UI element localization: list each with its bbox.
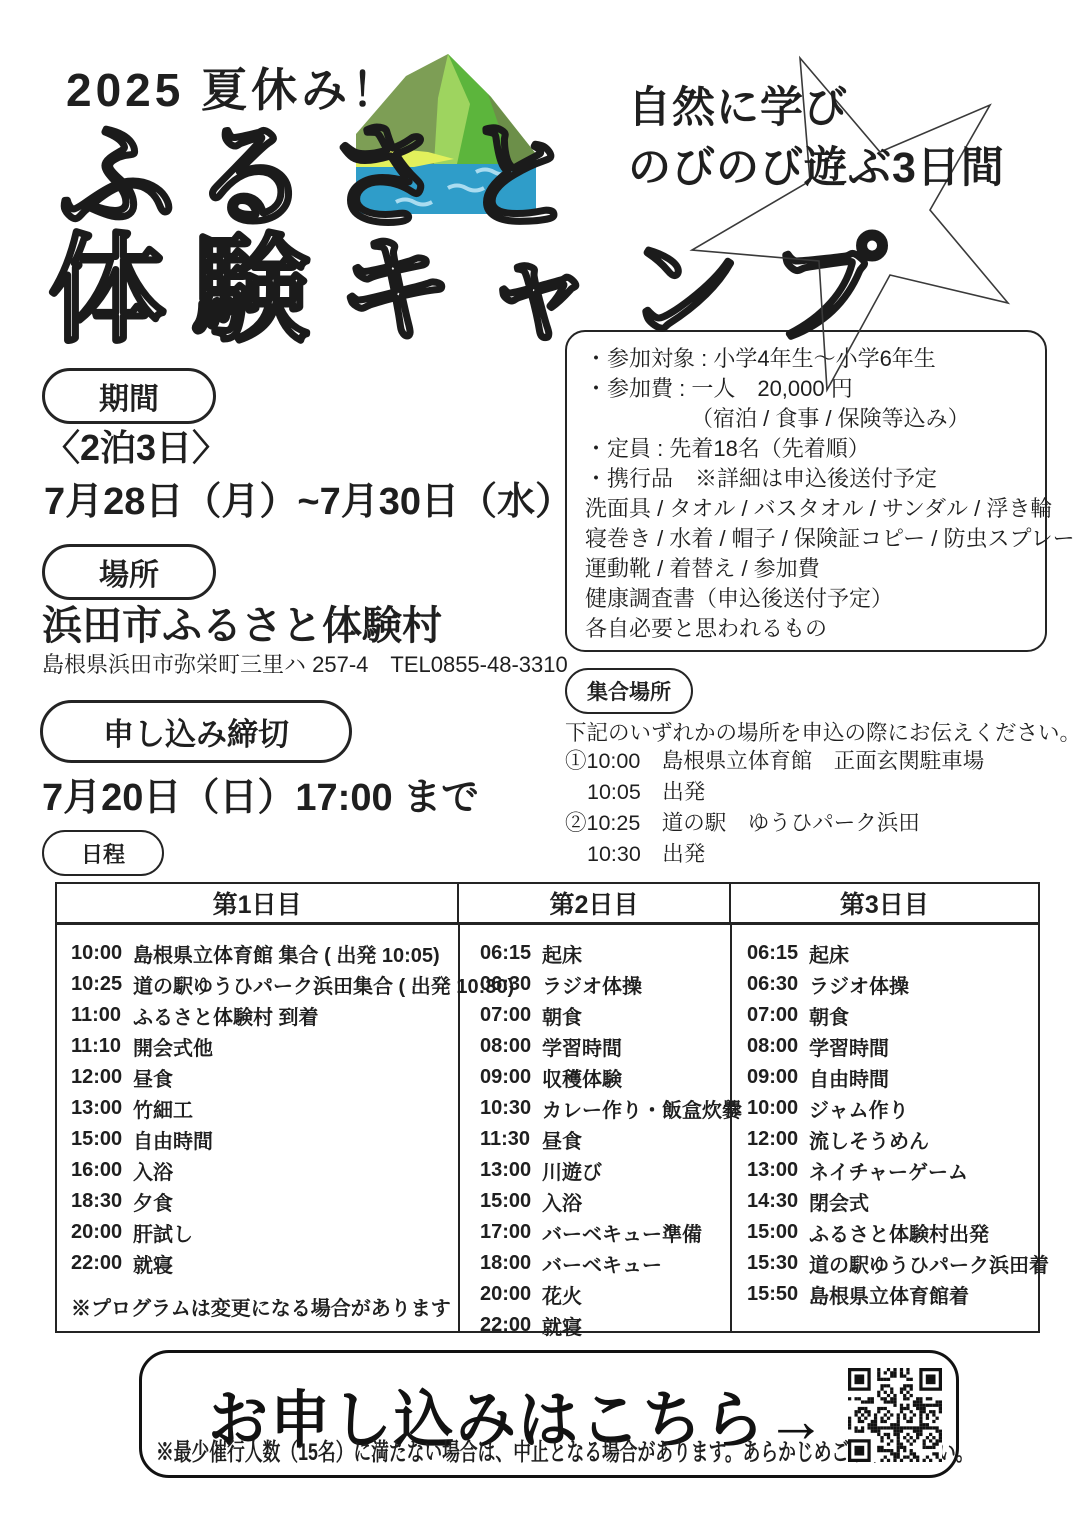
schedule-item-time: 15:00 — [747, 1221, 809, 1244]
schedule-item: 13:00ネイチャーゲーム — [747, 1155, 1040, 1186]
schedule-table-header: 第1日目第2日目第3日目 — [57, 884, 1038, 925]
schedule-label: 日程 — [81, 838, 125, 869]
schedule-day-column: 06:15起床06:30ラジオ体操07:00朝食08:00学習時間09:00収穫… — [460, 925, 732, 1333]
schedule-day-column: 10:00島根県立体育館 集合 ( 出発 10:05)10:25道の駅ゆうひパー… — [57, 925, 460, 1333]
schedule-item-time: 18:30 — [71, 1190, 133, 1213]
schedule-item-activity: 開会式他 — [133, 1032, 213, 1061]
schedule-item-activity: 島根県立体育館着 — [809, 1280, 969, 1309]
schedule-item-time: 10:30 — [480, 1097, 542, 1120]
schedule-item-time: 10:25 — [71, 973, 133, 996]
schedule-item-time: 13:00 — [747, 1159, 809, 1182]
schedule-item-activity: 就寝 — [542, 1311, 582, 1340]
schedule-item: 09:00収穫体験 — [480, 1062, 730, 1093]
meeting-line: ①10:00 島根県立体育館 正面玄関駐車場 — [565, 746, 984, 777]
schedule-item: 15:00自由時間 — [71, 1124, 458, 1155]
qr-code-icon — [848, 1368, 942, 1462]
schedule-item: 16:00入浴 — [71, 1155, 458, 1186]
schedule-item: 15:50島根県立体育館着 — [747, 1279, 1040, 1310]
schedule-item: 10:30カレー作り・飯盒炊爨 — [480, 1093, 730, 1124]
schedule-item-time: 18:00 — [480, 1252, 542, 1275]
schedule-item-time: 06:30 — [480, 973, 542, 996]
schedule-item-time: 15:30 — [747, 1252, 809, 1275]
schedule-day-header: 第1日目 — [57, 884, 459, 922]
schedule-item: 18:30夕食 — [71, 1186, 458, 1217]
schedule-item-time: 06:15 — [480, 942, 542, 965]
schedule-item: 12:00昼食 — [71, 1062, 458, 1093]
schedule-label-pill: 日程 — [42, 830, 164, 876]
meeting-label: 集合場所 — [587, 676, 671, 706]
schedule-item-activity: 閉会式 — [809, 1187, 869, 1216]
schedule-item: 06:30ラジオ体操 — [480, 969, 730, 1000]
schedule-item-time: 10:00 — [71, 942, 133, 965]
schedule-item: 15:00ふるさと体験村出発 — [747, 1217, 1040, 1248]
schedule-item: 09:00自由時間 — [747, 1062, 1040, 1093]
schedule-item-activity: ネイチャーゲーム — [809, 1156, 968, 1185]
details-line: 各自必要と思われるもの — [585, 614, 1027, 644]
details-line: 洗面具 / タオル / バスタオル / サンダル / 浮き輪 — [585, 494, 1027, 524]
main-title-line2: 体験キャンプ — [48, 225, 912, 350]
schedule-item: 07:00朝食 — [480, 1000, 730, 1031]
schedule-item-time: 14:30 — [747, 1190, 809, 1213]
flyer-page: ふるさと 体験キャンプ 2025 夏休み！ 自然に学び のびのび遊ぶ3日間 期間… — [0, 0, 1089, 1527]
schedule-note: ※プログラムは変更になる場合があります — [71, 1292, 451, 1321]
schedule-item: 18:00バーベキュー — [480, 1248, 730, 1279]
schedule-item-activity: 入浴 — [133, 1156, 173, 1185]
schedule-item-activity: 川遊び — [542, 1156, 602, 1185]
schedule-item-activity: カレー作り・飯盒炊爨 — [542, 1094, 742, 1123]
schedule-item-time: 10:00 — [747, 1097, 809, 1120]
schedule-item: 22:00就寝 — [71, 1248, 458, 1279]
schedule-item-time: 20:00 — [480, 1283, 542, 1306]
deadline-value: 7月20日（日）17:00 まで — [42, 766, 479, 821]
schedule-day-column: 06:15起床06:30ラジオ体操07:00朝食08:00学習時間09:00自由… — [732, 925, 1040, 1333]
schedule-item-activity: 就寝 — [133, 1249, 173, 1278]
schedule-item-activity: 竹細工 — [133, 1094, 193, 1123]
schedule-item-time: 15:00 — [71, 1128, 133, 1151]
schedule-item-time: 11:10 — [71, 1035, 133, 1058]
schedule-item-time: 07:00 — [480, 1004, 542, 1027]
place-label-pill: 場所 — [42, 544, 216, 600]
deadline-label: 申し込み締切 — [103, 709, 289, 754]
meeting-note: 下記のいずれかの場所を申込の際にお伝えください。 — [565, 716, 1081, 747]
schedule-item-time: 22:00 — [71, 1252, 133, 1275]
schedule-item: 22:00就寝 — [480, 1310, 730, 1341]
schedule-item-activity: 朝食 — [809, 1001, 849, 1030]
schedule-item: 08:00学習時間 — [747, 1031, 1040, 1062]
schedule-table-body: 10:00島根県立体育館 集合 ( 出発 10:05)10:25道の駅ゆうひパー… — [57, 925, 1038, 1333]
schedule-item: 07:00朝食 — [747, 1000, 1040, 1031]
apply-box: お申し込みはこちら→ ※最少催行人数（15名）に満たない場合は、中止となる場合が… — [139, 1350, 959, 1478]
schedule-item-time: 07:00 — [747, 1004, 809, 1027]
schedule-item-activity: 収穫体験 — [542, 1063, 622, 1092]
schedule-item-activity: バーベキュー準備 — [542, 1218, 702, 1247]
schedule-item-time: 06:15 — [747, 942, 809, 965]
details-line: ・定員 : 先着18名（先着順） — [585, 434, 1027, 464]
period-dates: 7月28日（月）~7月30日（水） — [44, 470, 573, 525]
schedule-item-activity: 道の駅ゆうひパーク浜田集合 ( 出発 10:30) — [133, 970, 514, 999]
schedule-item-activity: ラジオ体操 — [809, 970, 909, 999]
meeting-label-pill: 集合場所 — [565, 668, 693, 714]
schedule-item-time: 08:00 — [480, 1035, 542, 1058]
schedule-item: 13:00川遊び — [480, 1155, 730, 1186]
schedule-item-activity: 朝食 — [542, 1001, 582, 1030]
schedule-item-time: 12:00 — [747, 1128, 809, 1151]
schedule-item-activity: 夕食 — [133, 1187, 173, 1216]
schedule-item-time: 11:30 — [480, 1128, 542, 1151]
schedule-item: 10:00島根県立体育館 集合 ( 出発 10:05) — [71, 938, 458, 969]
schedule-item-time: 13:00 — [71, 1097, 133, 1120]
schedule-item: 15:30道の駅ゆうひパーク浜田着 — [747, 1248, 1040, 1279]
meeting-line: 10:30 出発 — [565, 839, 984, 870]
schedule-item-time: 20:00 — [71, 1221, 133, 1244]
details-box: ・参加対象 : 小学4年生～小学6年生・参加費 : 一人 20,000 円（宿泊… — [565, 330, 1047, 652]
catch-copy-line1: 自然に学び — [628, 74, 848, 135]
schedule-item-activity: 流しそうめん — [809, 1125, 929, 1154]
schedule-item-activity: 学習時間 — [809, 1032, 889, 1061]
schedule-item-time: 09:00 — [480, 1066, 542, 1089]
schedule-item-activity: 昼食 — [133, 1063, 173, 1092]
schedule-item: 15:00入浴 — [480, 1186, 730, 1217]
schedule-item: 11:10開会式他 — [71, 1031, 458, 1062]
details-line: 寝巻き / 水着 / 帽子 / 保険証コピー / 防虫スプレー — [585, 524, 1027, 554]
details-line: 健康調査書（申込後送付予定） — [585, 584, 1027, 614]
details-line: 運動靴 / 着替え / 参加費 — [585, 554, 1027, 584]
place-address: 島根県浜田市弥栄町三里ハ 257-4 TEL0855-48-3310 — [42, 648, 568, 679]
schedule-item: 20:00花火 — [480, 1279, 730, 1310]
schedule-item-activity: 花火 — [542, 1280, 582, 1309]
schedule-item-activity: ふるさと体験村出発 — [809, 1218, 989, 1247]
schedule-item-activity: 肝試し — [133, 1218, 193, 1247]
schedule-item: 06:30ラジオ体操 — [747, 969, 1040, 1000]
schedule-item: 06:15起床 — [747, 938, 1040, 969]
schedule-item-time: 15:00 — [480, 1190, 542, 1213]
schedule-item: 11:30昼食 — [480, 1124, 730, 1155]
schedule-item-time: 17:00 — [480, 1221, 542, 1244]
schedule-item-activity: 学習時間 — [542, 1032, 622, 1061]
period-duration: 〈2泊3日〉 — [44, 420, 228, 471]
meeting-line: ②10:25 道の駅 ゆうひパーク浜田 — [565, 808, 984, 839]
schedule-item-activity: ラジオ体操 — [542, 970, 642, 999]
schedule-day-header: 第3日目 — [731, 884, 1038, 922]
schedule-item-time: 13:00 — [480, 1159, 542, 1182]
schedule-item: 12:00流しそうめん — [747, 1124, 1040, 1155]
schedule-item-activity: 自由時間 — [809, 1063, 889, 1092]
schedule-item: 10:00ジャム作り — [747, 1093, 1040, 1124]
schedule-item: 11:00ふるさと体験村 到着 — [71, 1000, 458, 1031]
period-label-pill: 期間 — [42, 368, 216, 424]
schedule-item-activity: 自由時間 — [133, 1125, 213, 1154]
schedule-item-time: 11:00 — [71, 1004, 133, 1027]
schedule-item: 20:00肝試し — [71, 1217, 458, 1248]
schedule-item-activity: 島根県立体育館 集合 ( 出発 10:05) — [133, 939, 440, 968]
schedule-item-time: 06:30 — [747, 973, 809, 996]
schedule-item-activity: 起床 — [809, 939, 849, 968]
place-label: 場所 — [99, 550, 159, 594]
schedule-item-activity: 入浴 — [542, 1187, 582, 1216]
schedule-day-header: 第2日目 — [459, 884, 730, 922]
catch-copy-line2: のびのび遊ぶ3日間 — [628, 134, 1005, 195]
schedule-item: 14:30閉会式 — [747, 1186, 1040, 1217]
meeting-line: 10:05 出発 — [565, 777, 984, 808]
schedule-item: 08:00学習時間 — [480, 1031, 730, 1062]
schedule-item-activity: ジャム作り — [809, 1094, 909, 1123]
schedule-item: 13:00竹細工 — [71, 1093, 458, 1124]
schedule-table: 第1日目第2日目第3日目 10:00島根県立体育館 集合 ( 出発 10:05)… — [55, 882, 1040, 1333]
schedule-item: 17:00バーベキュー準備 — [480, 1217, 730, 1248]
schedule-item-time: 22:00 — [480, 1314, 542, 1337]
schedule-item-time: 09:00 — [747, 1066, 809, 1089]
schedule-item-activity: ふるさと体験村 到着 — [133, 1001, 319, 1030]
schedule-item: 06:15起床 — [480, 938, 730, 969]
schedule-item-activity: バーベキュー — [542, 1249, 662, 1278]
details-line: （宿泊 / 食事 / 保険等込み） — [585, 404, 1027, 434]
schedule-item-time: 12:00 — [71, 1066, 133, 1089]
schedule-item-time: 15:50 — [747, 1283, 809, 1306]
schedule-item-activity: 起床 — [542, 939, 582, 968]
period-label: 期間 — [99, 374, 159, 418]
schedule-item: 10:25道の駅ゆうひパーク浜田集合 ( 出発 10:30) — [71, 969, 458, 1000]
schedule-item-activity: 昼食 — [542, 1125, 582, 1154]
deadline-label-pill: 申し込み締切 — [40, 700, 352, 763]
schedule-item-time: 08:00 — [747, 1035, 809, 1058]
meeting-lines: ①10:00 島根県立体育館 正面玄関駐車場10:05 出発②10:25 道の駅… — [565, 746, 984, 870]
place-name: 浜田市ふるさと体験村 — [42, 594, 442, 651]
schedule-item-time: 16:00 — [71, 1159, 133, 1182]
details-line: ・携行品 ※詳細は申込後送付予定 — [585, 464, 1027, 494]
schedule-item-activity: 道の駅ゆうひパーク浜田着 — [809, 1249, 1049, 1278]
details-line: ・参加費 : 一人 20,000 円 — [585, 374, 1027, 404]
